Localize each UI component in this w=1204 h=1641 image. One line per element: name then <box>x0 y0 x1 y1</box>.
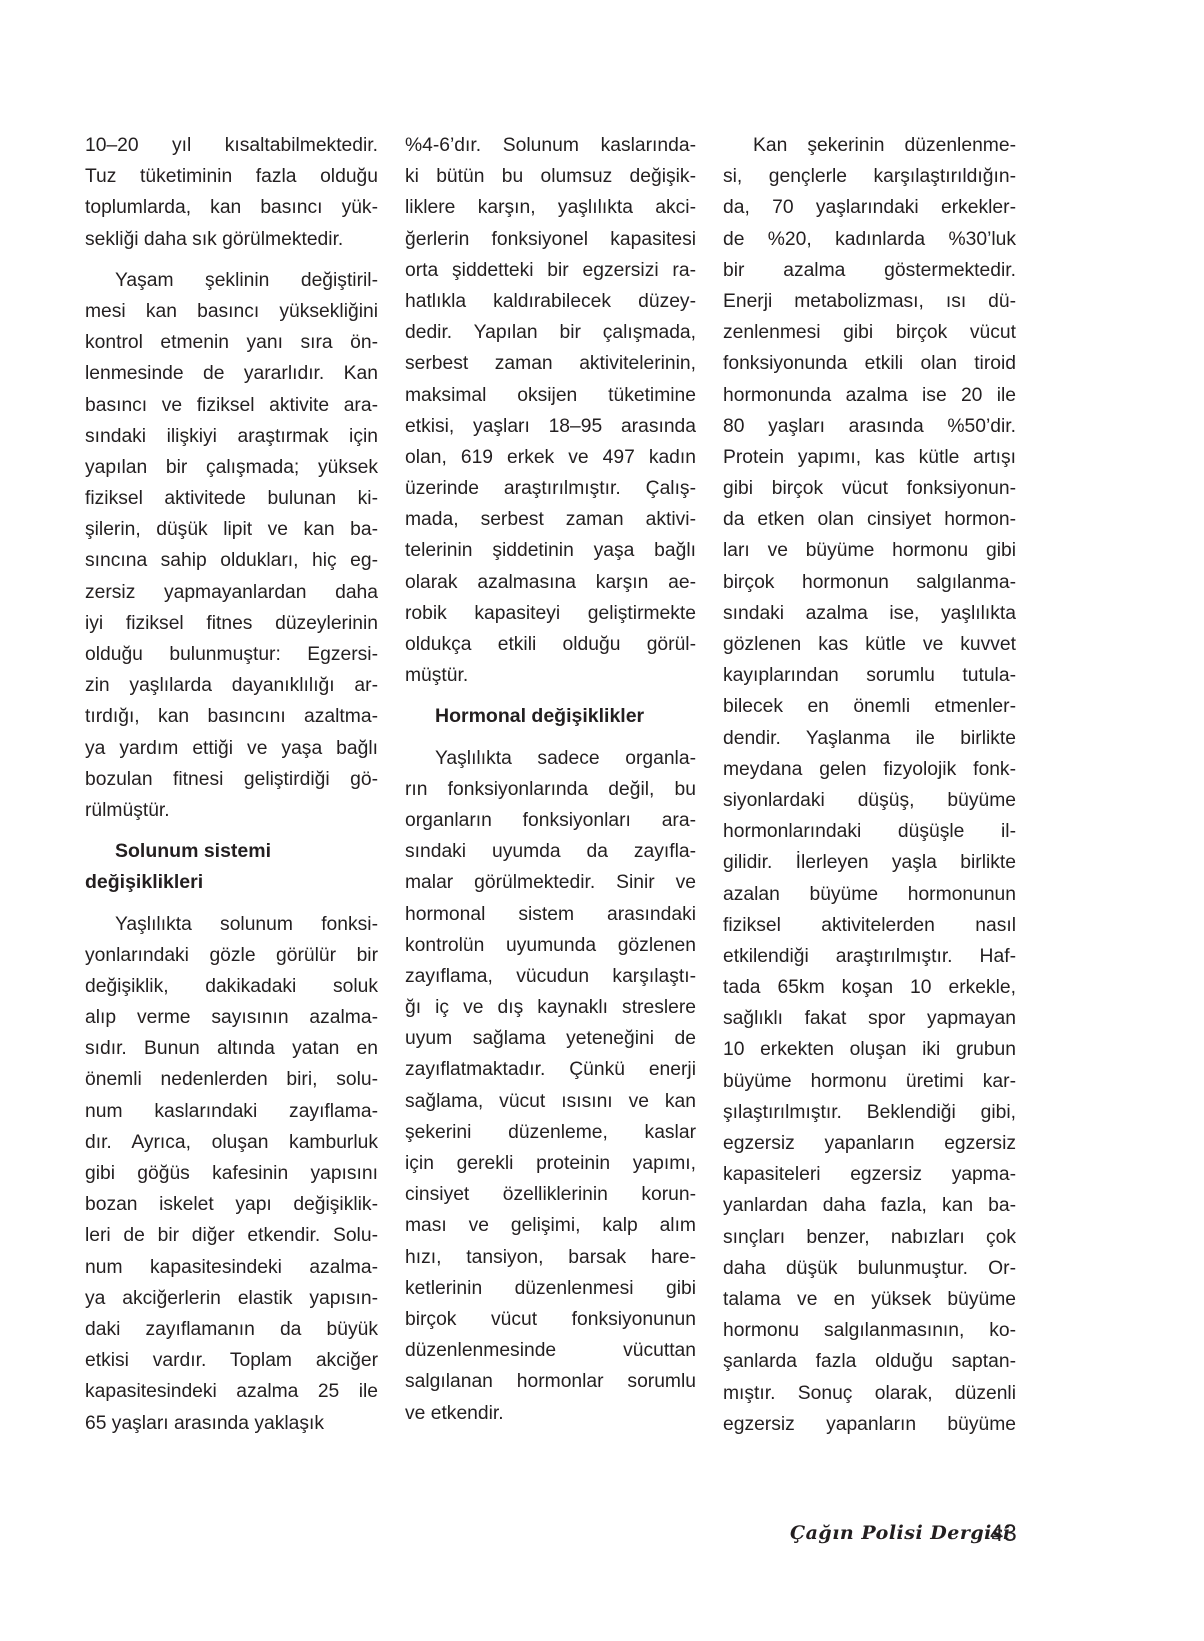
text-line: 10 erkekten oluşan iki grubun <box>723 1034 1016 1065</box>
text-line: egzersiz yapanların büyüme <box>723 1409 1016 1440</box>
journal-name: Çağın Polisi Dergisi <box>790 1522 1011 1544</box>
text-line: talama ve en yüksek büyüme <box>723 1284 1016 1315</box>
text-line: da etken olan cinsiyet hormon- <box>723 504 1016 535</box>
section-heading: Hormonal değişiklikler <box>405 701 696 732</box>
text-line: kapasiteleri egzersiz yapma- <box>723 1159 1016 1190</box>
text-line: sınçları benzer, nabızları çok <box>723 1222 1016 1253</box>
text-line: gibi göğüs kafesinin yapısını <box>85 1158 378 1189</box>
text-line: olarak azalmasına karşın ae- <box>405 567 696 598</box>
text-line: da, 70 yaşlarındaki erkekler- <box>723 192 1016 223</box>
text-line: azalan büyüme hormonunun <box>723 879 1016 910</box>
paragraph: 10–20 yıl kısaltabilmektedir.Tuz tüketim… <box>85 130 378 255</box>
text-line: 10–20 yıl kısaltabilmektedir. <box>85 130 378 161</box>
text-line: ya yardım ettiği ve yaşa bağlı <box>85 733 378 764</box>
text-line: yapılan bir çalışmada; yüksek <box>85 452 378 483</box>
text-line: ki bütün bu olumsuz değişik- <box>405 161 696 192</box>
text-line: telerinin şiddetinin yaşa bağlı <box>405 535 696 566</box>
text-line: zenlenmesi gibi birçok vücut <box>723 317 1016 348</box>
text-line: egzersiz yapanların egzersiz <box>723 1128 1016 1159</box>
text-line: etkilendiği araştırılmıştır. Haf- <box>723 941 1016 972</box>
text-line: Protein yapımı, kas kütle artışı <box>723 442 1016 473</box>
text-line: cinsiyet özelliklerinin korun- <box>405 1179 696 1210</box>
text-line: şanlarda fazla olduğu saptan- <box>723 1346 1016 1377</box>
text-line: bozulan fitnesi geliştirdiği gö- <box>85 764 378 795</box>
text-line: zersiz yapmayanlardan daha <box>85 577 378 608</box>
text-line: 65 yaşları arasında yaklaşık <box>85 1408 378 1439</box>
text-line: sekliği daha sık görülmektedir. <box>85 224 378 255</box>
text-line: ğerlerin fonksiyonel kapasitesi <box>405 224 696 255</box>
text-line: için gerekli proteinin yapımı, <box>405 1148 696 1179</box>
text-line: yonlarındaki gözle görülür bir <box>85 940 378 971</box>
text-line: yanlardan daha fazla, kan ba- <box>723 1190 1016 1221</box>
text-line: birçok vücut fonksiyonunun <box>405 1304 696 1335</box>
text-line: 80 yaşları arasında %50’dir. <box>723 411 1016 442</box>
text-line: fiziksel aktivitelerden nasıl <box>723 910 1016 941</box>
text-line: Enerji metabolizması, ısı dü- <box>723 286 1016 317</box>
text-line: dendir. Yaşlanma ile birlikte <box>723 723 1016 754</box>
text-line: serbest zaman aktivitelerinin, <box>405 348 696 379</box>
text-line: siyonlardaki düşüş, büyüme <box>723 785 1016 816</box>
text-line: olan, 619 erkek ve 497 kadın <box>405 442 696 473</box>
page-footer: Çağın Polisi Dergisi 43 <box>790 1520 1060 1556</box>
text-line: robik kapasiteyi geliştirmekte <box>405 598 696 629</box>
text-line: tada 65km koşan 10 erkekle, <box>723 972 1016 1003</box>
text-line: oldukça etkili olduğu görül- <box>405 629 696 660</box>
text-line: lenmesinde de yararlıdır. Kan <box>85 358 378 389</box>
paragraph: Yaşlılıkta solunum fonksi-yonlarındaki g… <box>85 909 378 1439</box>
text-line: ketlerinin düzenlenmesi gibi <box>405 1273 696 1304</box>
text-line: alıp verme sayısının azalma- <box>85 1002 378 1033</box>
text-line: şekerini düzenleme, kaslar <box>405 1117 696 1148</box>
text-line: hormonal sistem arasındaki <box>405 899 696 930</box>
text-line: malar görülmektedir. Sinir ve <box>405 867 696 898</box>
text-line: orta şiddetteki bir egzersizi ra- <box>405 255 696 286</box>
text-line: %4-6’dır. Solunum kaslarında- <box>405 130 696 161</box>
text-line: zin yaşlılarda dayanıklılığı ar- <box>85 670 378 701</box>
text-line: sındaki ilişkiyi araştırmak için <box>85 421 378 452</box>
text-line: mıştır. Sonuç olarak, düzenli <box>723 1378 1016 1409</box>
text-line: hızı, tansiyon, barsak hare- <box>405 1242 696 1273</box>
text-line: bilecek en önemli etmenler- <box>723 691 1016 722</box>
text-line: birçok hormonun salgılanma- <box>723 567 1016 598</box>
text-line: zayıflatmaktadır. Çünkü enerji <box>405 1054 696 1085</box>
text-line: de %20, kadınlarda %30’luk <box>723 224 1016 255</box>
text-line: hatlıkla kaldırabilecek düzey- <box>405 286 696 317</box>
text-line: Kan şekerinin düzenlenme- <box>723 130 1016 161</box>
text-line: mada, serbest zaman aktivi- <box>405 504 696 535</box>
column-3: Kan şekerinin düzenlenme-si, gençlerle k… <box>723 130 1016 1440</box>
text-line: dedir. Yapılan bir çalışmada, <box>405 317 696 348</box>
text-line: değişiklik, dakikadaki soluk <box>85 971 378 1002</box>
text-line: etkisi vardır. Toplam akciğer <box>85 1345 378 1376</box>
text-line: şılaştırılmıştır. Beklendiği gibi, <box>723 1097 1016 1128</box>
text-line: hormonunda azalma ise 20 ile <box>723 380 1016 411</box>
text-line: rülmüştür. <box>85 795 378 826</box>
text-line: Yaşlılıkta solunum fonksi- <box>85 909 378 940</box>
text-line: ğı iç ve dış kaynaklı streslere <box>405 992 696 1023</box>
text-line: iyi fiziksel fitnes düzeylerinin <box>85 608 378 639</box>
text-line: kontrolün uyumunda gözlenen <box>405 930 696 961</box>
text-line: sıncına sahip oldukları, hiç eg- <box>85 545 378 576</box>
text-line: kayıplarından sorumlu tutula- <box>723 660 1016 691</box>
text-line: hormonlarındaki düşüşle il- <box>723 816 1016 847</box>
paragraph: Yaşlılıkta sadece organla-rın fonksiyonl… <box>405 743 696 1429</box>
paragraph-gap <box>405 733 696 743</box>
text-line: kontrol etmenin yanı sıra ön- <box>85 327 378 358</box>
text-line: fiziksel aktivitede bulunan ki- <box>85 483 378 514</box>
text-line: Tuz tüketiminin fazla olduğu <box>85 161 378 192</box>
paragraph-gap <box>85 826 378 836</box>
text-line: önemli nedenlerden biri, solu- <box>85 1064 378 1095</box>
text-line: uyum sağlama yeteneğini de <box>405 1023 696 1054</box>
text-line: müştür. <box>405 660 696 691</box>
text-line: sağlıklı fakat spor yapmayan <box>723 1003 1016 1034</box>
paragraph: Kan şekerinin düzenlenme-si, gençlerle k… <box>723 130 1016 1440</box>
text-line: sındaki uyumda da zayıfla- <box>405 836 696 867</box>
text-line: salgılanan hormonlar sorumlu <box>405 1366 696 1397</box>
paragraph-gap <box>85 255 378 265</box>
text-line: hormonu salgılanmasının, ko- <box>723 1315 1016 1346</box>
text-line: fonksiyonunda etkili olan tiroid <box>723 348 1016 379</box>
text-line: leri de bir diğer etkendir. Solu- <box>85 1220 378 1251</box>
text-line: liklere karşın, yaşlılıkta akci- <box>405 192 696 223</box>
column-2: %4-6’dır. Solunum kaslarında-ki bütün bu… <box>405 130 696 1429</box>
text-line: basıncı ve fiziksel aktivite ara- <box>85 390 378 421</box>
text-line: ya akciğerlerin elastik yapısın- <box>85 1283 378 1314</box>
page-number: 43 <box>990 1520 1017 1548</box>
text-line: gözlenen kas kütle ve kuvvet <box>723 629 1016 660</box>
paragraph: %4-6’dır. Solunum kaslarında-ki bütün bu… <box>405 130 696 691</box>
text-line: sıdır. Bunun altında yatan en <box>85 1033 378 1064</box>
text-line: daki zayıflamanın da büyük <box>85 1314 378 1345</box>
heading-line: Solunum sistemi <box>85 836 378 867</box>
heading-line: Hormonal değişiklikler <box>405 701 696 732</box>
heading-line: değişiklikleri <box>85 867 378 898</box>
text-line: sağlama, vücut ısısını ve kan <box>405 1086 696 1117</box>
text-line: maksimal oksijen tüketimine <box>405 380 696 411</box>
text-line: kapasitesindeki azalma 25 ile <box>85 1376 378 1407</box>
text-line: daha düşük bulunmuştur. Or- <box>723 1253 1016 1284</box>
text-line: organların fonksiyonları ara- <box>405 805 696 836</box>
text-line: gibi birçok vücut fonksiyonun- <box>723 473 1016 504</box>
text-line: num kaslarındaki zayıflama- <box>85 1096 378 1127</box>
text-line: toplumlarda, kan basıncı yük- <box>85 192 378 223</box>
text-line: si, gençlerle karşılaştırıldığın- <box>723 161 1016 192</box>
section-heading: Solunum sistemideğişiklikleri <box>85 836 378 898</box>
text-line: büyüme hormonu üretimi kar- <box>723 1066 1016 1097</box>
text-line: meydana gelen fizyolojik fonk- <box>723 754 1016 785</box>
text-line: gilidir. İlerleyen yaşla birlikte <box>723 847 1016 878</box>
text-line: Yaşlılıkta sadece organla- <box>405 743 696 774</box>
text-line: bozan iskelet yapı değişiklik- <box>85 1189 378 1220</box>
text-line: olduğu bulunmuştur: Egzersi- <box>85 639 378 670</box>
text-line: Yaşam şeklinin değiştiril- <box>85 265 378 296</box>
text-line: sındaki azalma ise, yaşlılıkta <box>723 598 1016 629</box>
text-line: etkisi, yaşları 18–95 arasında <box>405 411 696 442</box>
text-line: bir azalma göstermektedir. <box>723 255 1016 286</box>
paragraph-gap <box>405 691 696 701</box>
column-1: 10–20 yıl kısaltabilmektedir.Tuz tüketim… <box>85 130 378 1439</box>
text-line: şilerin, düşük lipit ve kan ba- <box>85 514 378 545</box>
text-line: üzerinde araştırılmıştır. Çalış- <box>405 473 696 504</box>
text-line: zayıflama, vücudun karşılaştı- <box>405 961 696 992</box>
text-line: num kapasitesindeki azalma- <box>85 1252 378 1283</box>
text-line: dır. Ayrıca, oluşan kamburluk <box>85 1127 378 1158</box>
paragraph: Yaşam şeklinin değiştiril-mesi kan basın… <box>85 265 378 826</box>
text-line: ları ve büyüme hormonu gibi <box>723 535 1016 566</box>
text-line: mesi kan basıncı yüksekliğini <box>85 296 378 327</box>
text-line: ması ve gelişimi, kalp alım <box>405 1210 696 1241</box>
text-line: rın fonksiyonlarında değil, bu <box>405 774 696 805</box>
text-line: düzenlenmesinde vücuttan <box>405 1335 696 1366</box>
text-line: tırdığı, kan basıncını azaltma- <box>85 701 378 732</box>
text-line: ve etkendir. <box>405 1398 696 1429</box>
paragraph-gap <box>85 899 378 909</box>
